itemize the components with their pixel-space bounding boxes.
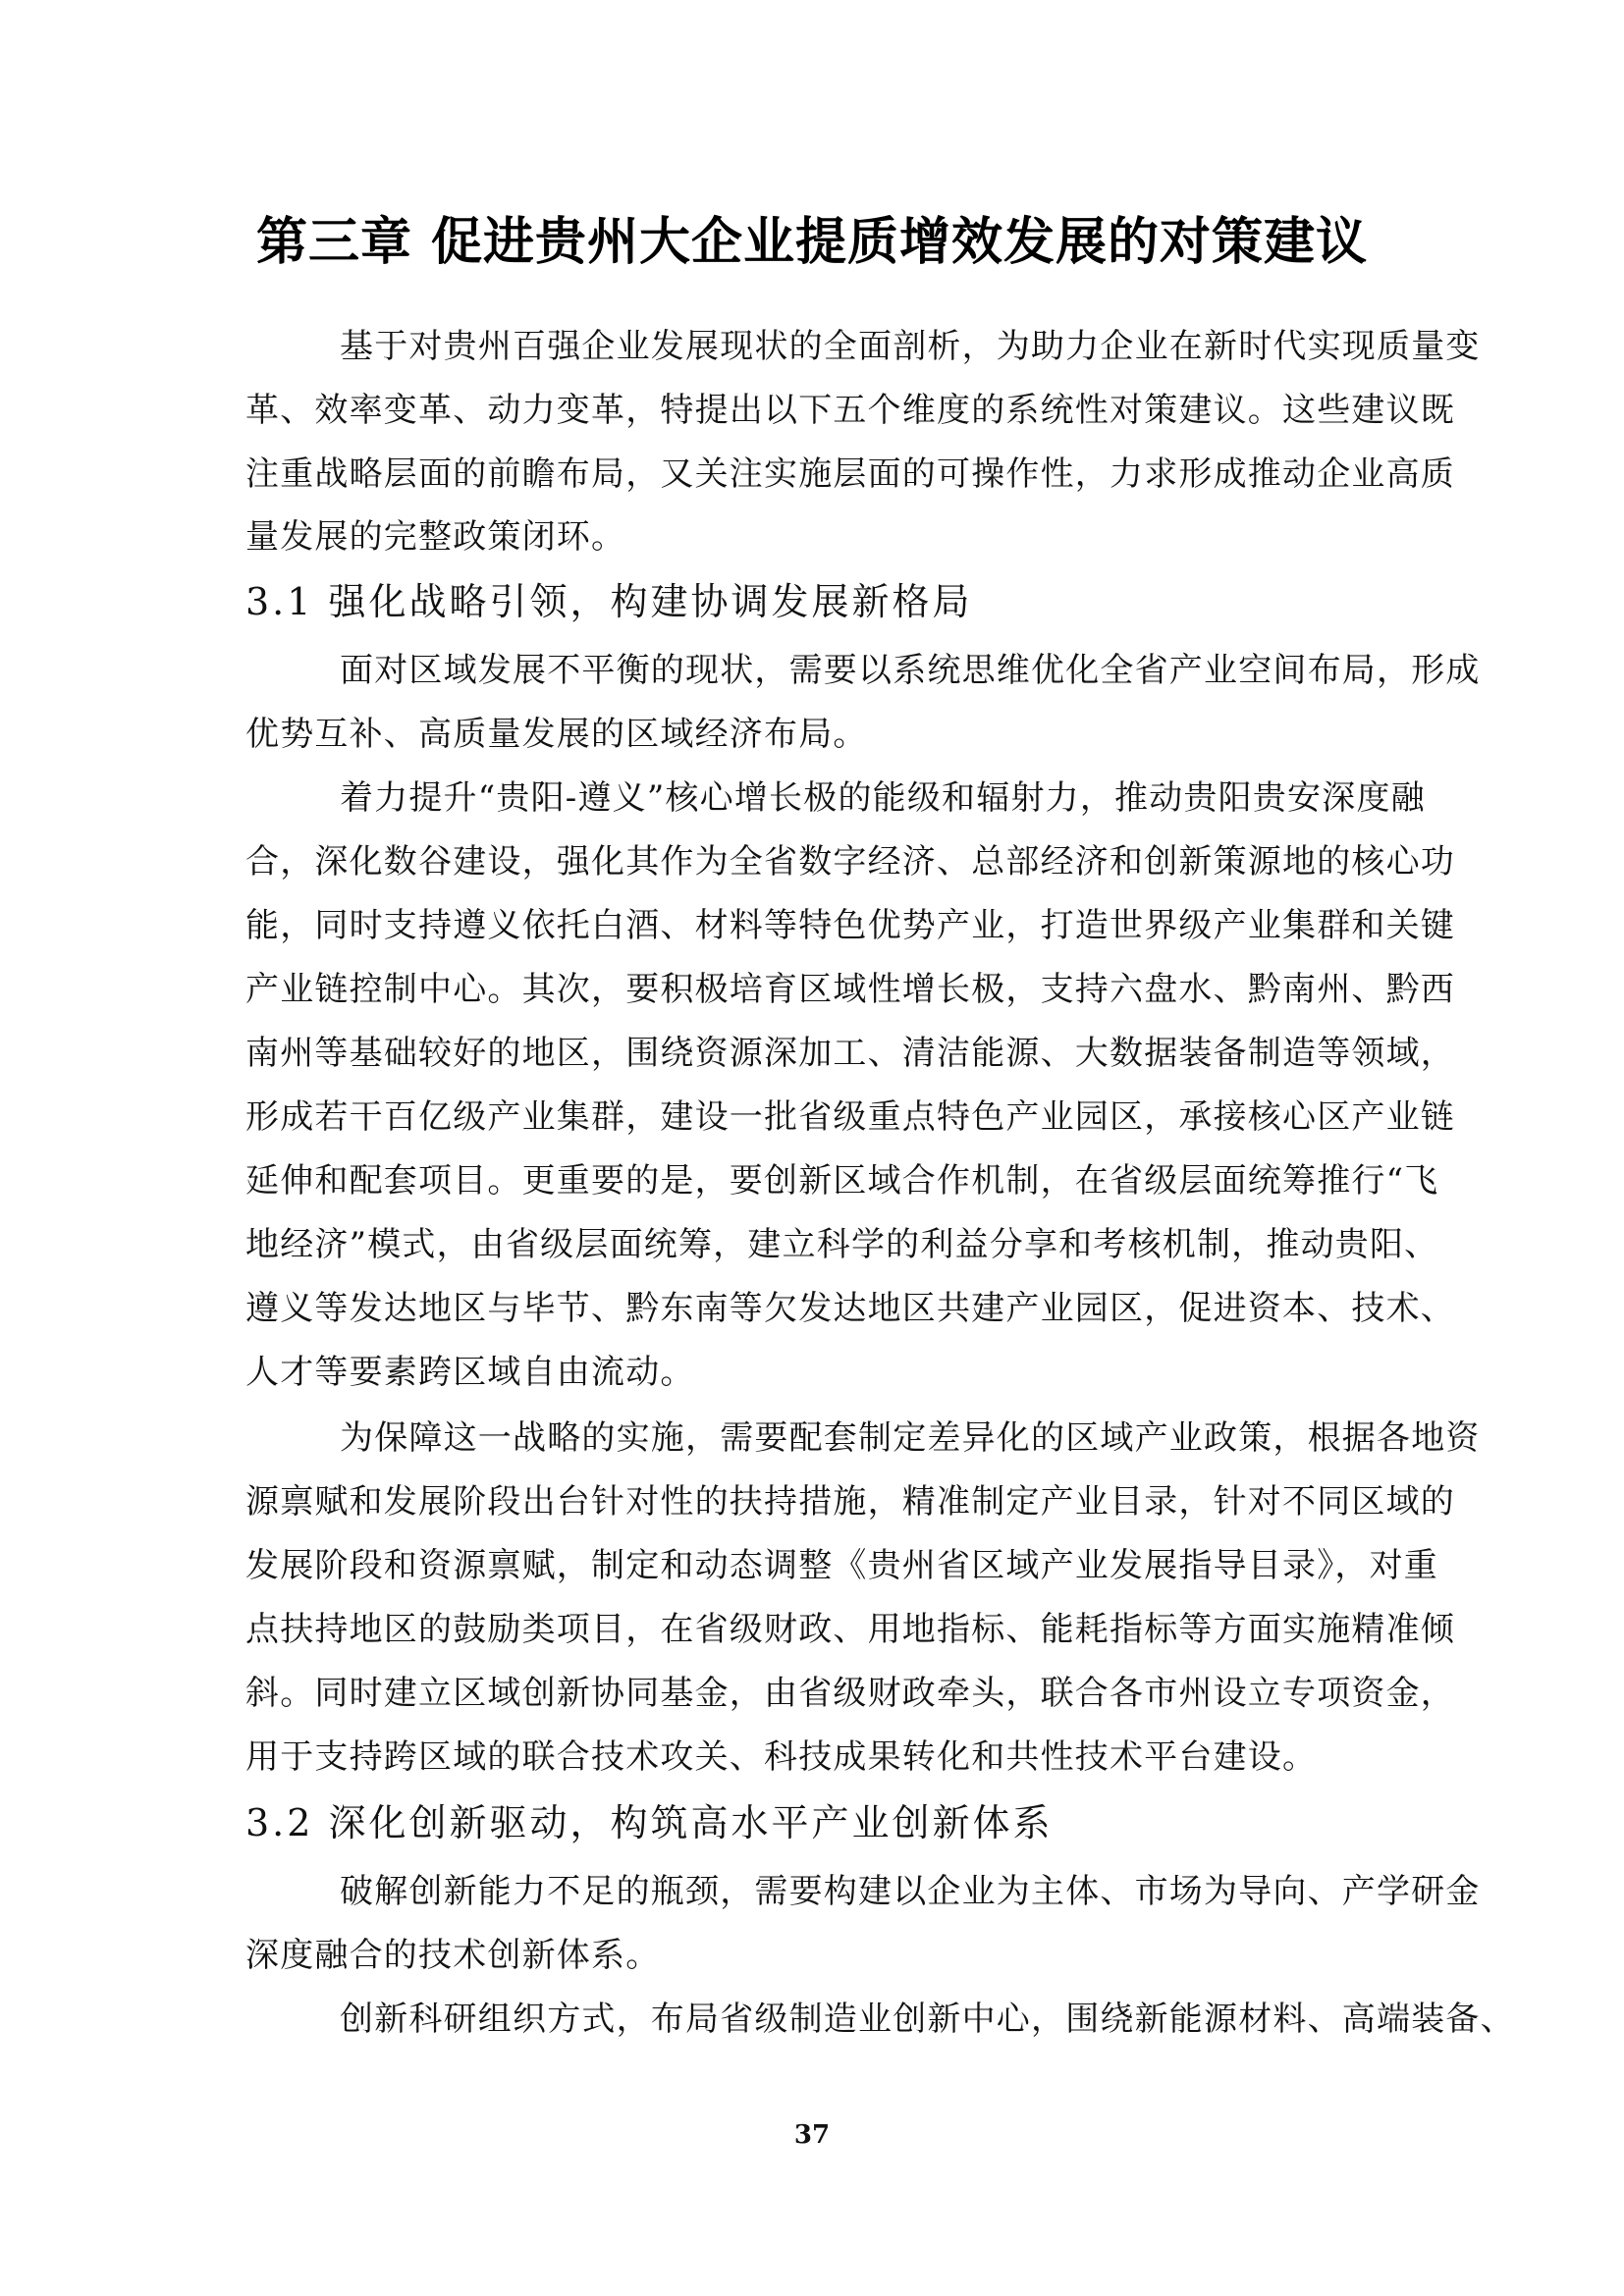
s31-p1-line-1: 面对区域发展不平衡的现状，需要以系统思维优化全省产业空间布局，形成 (340, 639, 1380, 703)
s31-p2-line-7: 延伸和配套项目。更重要的是，要创新区域合作机制，在省级层面统筹推行“飞 (245, 1149, 1380, 1213)
s31-p3-line-2: 源禀赋和发展阶段出台针对性的扶持措施，精准制定产业目录，针对不同区域的 (245, 1470, 1380, 1534)
s31-p2-line-3: 能，同时支持遵义依托白酒、材料等特色优势产业，打造世界级产业集群和关键 (245, 894, 1380, 958)
chapter-title: 第三章 促进贵州大企业提质增效发展的对策建议 (0, 208, 1624, 277)
s31-p3-line-4: 点扶持地区的鼓励类项目，在省级财政、用地指标、能耗指标等方面实施精准倾 (245, 1598, 1380, 1662)
section-heading-3-2: 3.2 深化创新驱动，构筑高水平产业创新体系 (245, 1789, 1054, 1857)
s32-p2-line-1: 创新科研组织方式，布局省级制造业创新中心，围绕新能源材料、高端装备、 (340, 1988, 1380, 2052)
s31-p2-line-2: 合，深化数谷建设，强化其作为全省数字经济、总部经济和创新策源地的核心功 (245, 830, 1380, 894)
s31-p3-line-6: 用于支持跨区域的联合技术攻关、科技成果转化和共性技术平台建设。 (245, 1726, 1380, 1789)
intro-line-2: 革、效率变革、动力变革，特提出以下五个维度的系统性对策建议。这些建议既 (245, 379, 1380, 443)
s32-p1-line-2: 深度融合的技术创新体系。 (245, 1924, 1380, 1988)
s31-p2-line-9: 遵义等发达地区与毕节、黔东南等欠发达地区共建产业园区，促进资本、技术、 (245, 1277, 1380, 1341)
document-page: 第三章 促进贵州大企业提质增效发展的对策建议 基于对贵州百强企业发展现状的全面剖… (0, 0, 1624, 2296)
s31-p2-line-4: 产业链控制中心。其次，要积极培育区域性增长极，支持六盘水、黔南州、黔西 (245, 958, 1380, 1022)
intro-line-1: 基于对贵州百强企业发展现状的全面剖析，为助力企业在新时代实现质量变 (340, 315, 1380, 379)
s31-p3-line-3: 发展阶段和资源禀赋，制定和动态调整《贵州省区域产业发展指导目录》，对重 (245, 1534, 1380, 1598)
s31-p2-line-8: 地经济”模式，由省级层面统筹，建立科学的利益分享和考核机制，推动贵阳、 (245, 1213, 1380, 1277)
page-number: 37 (0, 2120, 1624, 2150)
s31-p2-line-10: 人才等要素跨区域自由流动。 (245, 1341, 1380, 1405)
s32-p1-line-1: 破解创新能力不足的瓶颈，需要构建以企业为主体、市场为导向、产学研金 (340, 1860, 1380, 1924)
s31-p1-line-2: 优势互补、高质量发展的区域经济布局。 (245, 703, 1380, 767)
s31-p3-line-5: 斜。同时建立区域创新协同基金，由省级财政牵头，联合各市州设立专项资金， (245, 1662, 1380, 1726)
intro-line-3: 注重战略层面的前瞻布局，又关注实施层面的可操作性，力求形成推动企业高质 (245, 443, 1380, 507)
s31-p3-line-1: 为保障这一战略的实施，需要配套制定差异化的区域产业政策，根据各地资 (340, 1407, 1380, 1470)
section-heading-3-1: 3.1 强化战略引领，构建协调发展新格局 (245, 567, 973, 636)
s31-p2-line-5: 南州等基础较好的地区，围绕资源深加工、清洁能源、大数据装备制造等领域， (245, 1022, 1380, 1086)
intro-line-4: 量发展的完整政策闭环。 (245, 506, 1380, 569)
s31-p2-line-1: 着力提升“贵阳-遵义”核心增长极的能级和辐射力，推动贵阳贵安深度融 (340, 767, 1380, 830)
s31-p2-line-6: 形成若干百亿级产业集群，建设一批省级重点特色产业园区，承接核心区产业链 (245, 1086, 1380, 1149)
